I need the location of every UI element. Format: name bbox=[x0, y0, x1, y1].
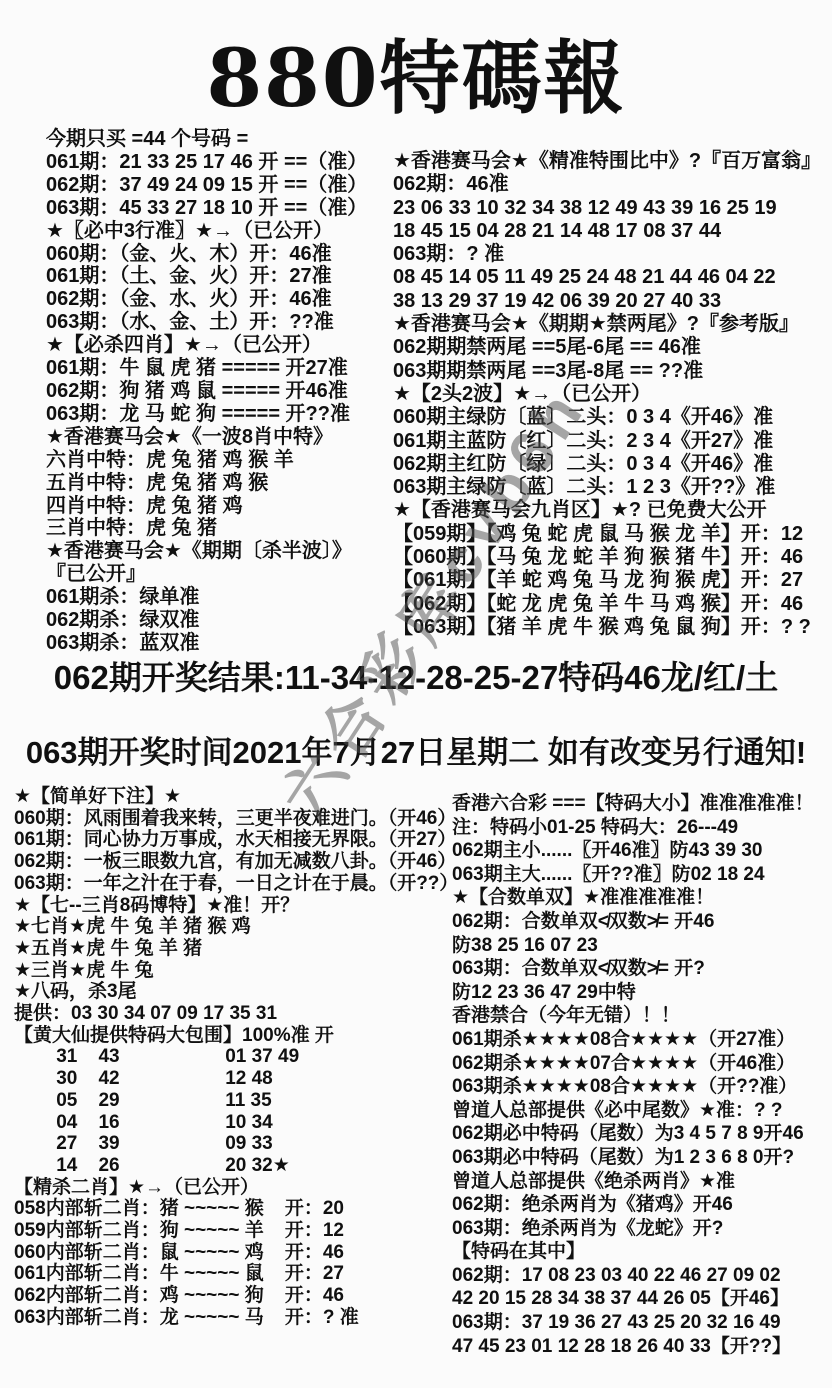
text-line: 063期：37 19 36 27 43 25 20 32 16 49 bbox=[452, 1311, 830, 1335]
text-line: 061期主蓝防〔红〕二头：2 3 4《开27》准 bbox=[393, 430, 829, 453]
text-line: ★【合数单双】★准准准准准！ bbox=[452, 886, 830, 910]
text-line: 062期主小......〖开46准〗防43 39 30 bbox=[452, 839, 830, 863]
section-bottom-left-tips: ★【简单好下注】★060期：风雨围着我来转，三更半夜难进门。（开46）061期：… bbox=[14, 786, 452, 1329]
text-line: 060内部斩二肖：鼠 ~~~~~ 鸡 开：46 bbox=[14, 1242, 452, 1264]
text-line: ★【2头2波】★→（已公开） bbox=[393, 383, 829, 406]
newspaper-page: 880特碼報 六合彩库cvb6h 今期只买 =44 个号码 =061期：21 3… bbox=[0, 0, 832, 1388]
text-line: ★香港赛马会★《期期〔杀半波〕》 bbox=[46, 540, 394, 563]
text-line: 47 45 23 01 12 28 18 26 40 33【开??】 bbox=[452, 1335, 830, 1359]
text-line: 061期杀★★★★08合★★★★（开27准） bbox=[452, 1028, 830, 1052]
text-line: 060期主绿防〔蓝〕二头：0 3 4《开46》准 bbox=[393, 406, 829, 429]
text-line: 38 13 29 37 19 42 06 39 20 27 40 33 bbox=[393, 290, 829, 313]
text-line: 三肖中特：虎 兔 猪 bbox=[46, 517, 394, 540]
text-line: 063期：一年之汁在于春，一日之计在于晨。（开??） bbox=[14, 873, 452, 895]
text-line: 防12 23 36 47 29中特 bbox=[452, 981, 830, 1005]
text-line: 【059期】【鸡 兔 蛇 虎 鼠 马 猴 龙 羊】开：12 bbox=[393, 523, 829, 546]
text-line: 058内部斩二肖：猪 ~~~~~ 猴 开：20 bbox=[14, 1198, 452, 1220]
text-line: 063期主绿防〔蓝〕二头：1 2 3《开??》准 bbox=[393, 476, 829, 499]
text-line: 062期期禁两尾 ==5尾-6尾 == 46准 bbox=[393, 336, 829, 359]
text-line: 063期：龙 马 蛇 狗 ===== 开??准 bbox=[46, 403, 394, 426]
text-line: 063期必中特码（尾数）为1 2 3 6 8 0开? bbox=[452, 1146, 830, 1170]
text-line: 【061期】【羊 蛇 鸡 兔 马 龙 狗 猴 虎】开：27 bbox=[393, 569, 829, 592]
text-line: 曾道人总部提供《绝杀两肖》★准 bbox=[452, 1170, 830, 1194]
text-line: 【060期】【马 兔 龙 蛇 羊 狗 猴 猪 牛】开：46 bbox=[393, 546, 829, 569]
text-line: 062期必中特码（尾数）为3 4 5 7 8 9开46 bbox=[452, 1122, 830, 1146]
text-line: 062内部斩二肖：鸡 ~~~~~ 狗 开：46 bbox=[14, 1285, 452, 1307]
text-line: 今期只买 =44 个号码 = bbox=[46, 128, 394, 151]
text-line: 062期主红防〔绿〕二头：0 3 4《开46》准 bbox=[393, 453, 829, 476]
text-line: ★香港赛马会★《精准特围比中》?『百万富翁』 bbox=[393, 150, 829, 173]
text-line: 五肖中特：虎 兔 猪 鸡 猴 bbox=[46, 472, 394, 495]
text-line: 061期：同心协力万事成，水天相接无界限。（开27） bbox=[14, 829, 452, 851]
text-line: 063期：绝杀两肖为《龙蛇》开? bbox=[452, 1217, 830, 1241]
text-line: 062期：狗 猪 鸡 鼠 ===== 开46准 bbox=[46, 380, 394, 403]
text-line: 四肖中特：虎 兔 猪 鸡 bbox=[46, 495, 394, 518]
text-line: ★【必杀四肖】★→（已公开） bbox=[46, 334, 394, 357]
text-line: 062期杀：绿双准 bbox=[46, 609, 394, 632]
text-line: ★五肖★虎 牛 兔 羊 猪 bbox=[14, 938, 452, 960]
text-line: 063期：? 准 bbox=[393, 243, 829, 266]
text-line: 061期：21 33 25 17 46 开 ==（准） bbox=[46, 151, 394, 174]
text-line: 063期：（水、金、土）开：??准 bbox=[46, 311, 394, 334]
text-line: 063期主大......〖开??准〗防02 18 24 bbox=[452, 863, 830, 887]
text-line: 曾道人总部提供《必中尾数》★准：? ? bbox=[452, 1099, 830, 1123]
text-line: 060期：（金、火、木）开：46准 bbox=[46, 243, 394, 266]
text-line: ★七肖★虎 牛 兔 羊 猪 猴 鸡 bbox=[14, 916, 452, 938]
text-line: 【063期】【猪 羊 虎 牛 猴 鸡 兔 鼠 狗】开：? ? bbox=[393, 616, 829, 639]
text-line: 05 29 11 35 bbox=[14, 1090, 452, 1112]
text-line: 【黄大仙提供特码大包围】100%准 开 bbox=[14, 1025, 452, 1047]
text-line: 062期：（金、水、火）开：46准 bbox=[46, 288, 394, 311]
text-line: 063期杀★★★★08合★★★★（开??准） bbox=[452, 1075, 830, 1099]
section-top-left-tips: 今期只买 =44 个号码 =061期：21 33 25 17 46 开 ==（准… bbox=[46, 128, 394, 655]
text-line: ★〖必中3行准〗★→（已公开） bbox=[46, 220, 394, 243]
text-line: 061期：牛 鼠 虎 猪 ===== 开27准 bbox=[46, 357, 394, 380]
text-line: 香港六合彩 ===【特码大小】准准准准准！ bbox=[452, 792, 830, 816]
text-line: 14 26 20 32★ bbox=[14, 1155, 452, 1177]
text-line: 062期：17 08 23 03 40 22 46 27 09 02 bbox=[452, 1264, 830, 1288]
text-line: 04 16 10 34 bbox=[14, 1112, 452, 1134]
text-line: 31 43 01 37 49 bbox=[14, 1046, 452, 1068]
text-line: 08 45 14 05 11 49 25 24 48 21 44 46 04 2… bbox=[393, 266, 829, 289]
text-line: 防38 25 16 07 23 bbox=[452, 934, 830, 958]
text-line: 【062期】【蛇 龙 虎 兔 羊 牛 马 鸡 猴】开：46 bbox=[393, 593, 829, 616]
text-line: 059内部斩二肖：狗 ~~~~~ 羊 开：12 bbox=[14, 1220, 452, 1242]
text-line: 062期杀★★★★07合★★★★（开46准） bbox=[452, 1052, 830, 1076]
text-line: 42 20 15 28 34 38 37 44 26 05【开46】 bbox=[452, 1287, 830, 1311]
text-line: 提供：03 30 34 07 09 17 35 31 bbox=[14, 1003, 452, 1025]
text-line: 六肖中特：虎 兔 猪 鸡 猴 羊 bbox=[46, 449, 394, 472]
text-line: 062期：一板三眼数九宫，有加无减数八卦。（开46） bbox=[14, 851, 452, 873]
text-line: 060期：风雨围着我来转，三更半夜难进门。（开46） bbox=[14, 808, 452, 830]
text-line: ★八码，杀3尾 bbox=[14, 981, 452, 1003]
section-bottom-right-tips: 香港六合彩 ===【特码大小】准准准准准！注：特码小01-25 特码大：26--… bbox=[452, 792, 830, 1358]
text-line: 30 42 12 48 bbox=[14, 1068, 452, 1090]
text-line: 062期：绝杀两肖为《猪鸡》开46 bbox=[452, 1193, 830, 1217]
text-line: 『已公开』 bbox=[46, 563, 394, 586]
text-line: 062期：37 49 24 09 15 开 ==（准） bbox=[46, 174, 394, 197]
text-line: 23 06 33 10 32 34 38 12 49 43 39 16 25 1… bbox=[393, 197, 829, 220]
text-line: 062期：46准 bbox=[393, 173, 829, 196]
text-line: 061内部斩二肖：牛 ~~~~~ 鼠 开：27 bbox=[14, 1263, 452, 1285]
text-line: 【特码在其中】 bbox=[452, 1240, 830, 1264]
text-line: 【精杀二肖】★→（已公开） bbox=[14, 1177, 452, 1199]
text-line: 香港禁合（今年无错）！！ bbox=[452, 1004, 830, 1028]
page-title: 880特碼報 bbox=[0, 14, 832, 129]
text-line: ★香港赛马会★《期期★禁两尾》?『参考版』 bbox=[393, 313, 829, 336]
text-line: ★【简单好下注】★ bbox=[14, 786, 452, 808]
text-line: 063期期禁两尾 ==3尾-8尾 == ??准 bbox=[393, 360, 829, 383]
text-line: ★三肖★虎 牛 兔 bbox=[14, 960, 452, 982]
section-top-right-tips: ★香港赛马会★《精准特围比中》?『百万富翁』062期：46准23 06 33 1… bbox=[393, 150, 829, 639]
text-line: 063期：45 33 27 18 10 开 ==（准） bbox=[46, 197, 394, 220]
text-line: 27 39 09 33 bbox=[14, 1133, 452, 1155]
text-line: 062期：合数单双≮双数≯= 开46 bbox=[452, 910, 830, 934]
text-line: ★香港赛马会★《一波8肖中特》 bbox=[46, 426, 394, 449]
text-line: 注：特码小01-25 特码大：26---49 bbox=[452, 816, 830, 840]
text-line: ★【七--三肖8码博特】★准！开？ bbox=[14, 895, 452, 917]
text-line: 063内部斩二肖：龙 ~~~~~ 马 开：? 准 bbox=[14, 1307, 452, 1329]
text-line: 063期：合数单双≮双数≯= 开? bbox=[452, 957, 830, 981]
text-line: 061期：（土、金、火）开：27准 bbox=[46, 265, 394, 288]
banner-draw-result: 062期开奖结果:11-34-12-28-25-27特码46龙/红/土 bbox=[0, 652, 832, 699]
text-line: 18 45 15 04 28 21 14 48 17 08 37 44 bbox=[393, 220, 829, 243]
banner-next-draw-time: 063期开奖时间2021年7月27日星期二 如有改变另行通知! bbox=[0, 727, 832, 772]
text-line: ★【香港赛马会九肖区】★? 已免费大公开 bbox=[393, 499, 829, 522]
text-line: 061期杀：绿单准 bbox=[46, 586, 394, 609]
